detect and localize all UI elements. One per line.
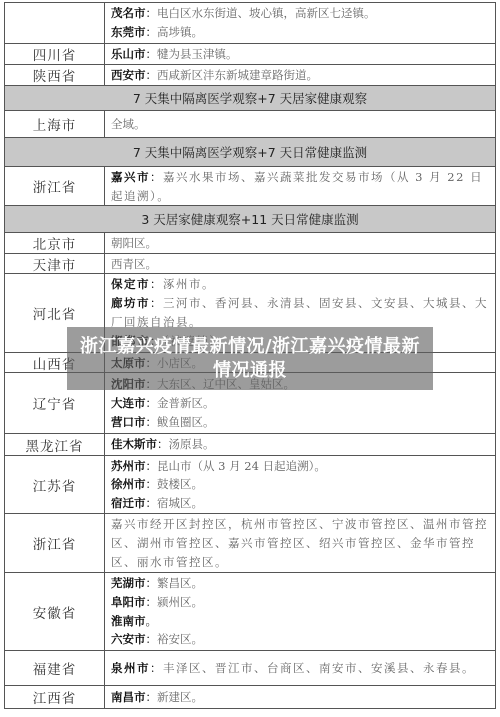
city-name: 廊坊市 bbox=[111, 296, 150, 310]
separator: ： bbox=[150, 277, 163, 291]
province-cell: 江苏省 bbox=[5, 456, 105, 513]
areas-cell: 嘉兴市：嘉兴水果市场、嘉兴蔬菜批发交易市场（从 3 月 22 日起追溯）。 bbox=[105, 167, 495, 205]
separator: ： bbox=[146, 415, 158, 429]
city-name: 大连市 bbox=[111, 396, 146, 410]
separator: ： bbox=[150, 661, 163, 675]
province-cell: 浙江省 bbox=[5, 167, 105, 205]
table-row: 江苏省苏州市：昆山市（从 3 月 24 日起追溯）。徐州市：鼓楼区。宿迁市：宿城… bbox=[5, 456, 495, 514]
city-name: 泉州市 bbox=[111, 661, 150, 675]
headline-overlay-banner: 浙江嘉兴疫情最新情况/浙江嘉兴疫情最新情况通报 bbox=[67, 327, 433, 390]
table-row: 北京市朝阳区。 bbox=[5, 233, 495, 254]
area-entry: 六安市：裕安区。 bbox=[111, 630, 491, 649]
area-entry: 阜阳市：颍州区。 bbox=[111, 593, 491, 612]
city-name: 西安市 bbox=[111, 68, 146, 82]
province-cell: 江西省 bbox=[5, 686, 105, 708]
province-cell: 浙江省 bbox=[5, 514, 105, 572]
separator: ： bbox=[150, 296, 163, 310]
province-cell: 黑龙江省 bbox=[5, 434, 105, 455]
city-name: 阜阳市 bbox=[111, 595, 146, 609]
province-cell: 四川省 bbox=[5, 44, 105, 64]
area-entry: 东莞市：高埗镇。 bbox=[111, 23, 491, 42]
area-text: 犍为县玉津镇。 bbox=[157, 47, 238, 61]
separator: ： bbox=[146, 576, 158, 590]
area-entry: 西安市：西咸新区沣东新城建章路街道。 bbox=[111, 66, 491, 84]
table-row: 黑龙江省佳木斯市：汤原县。 bbox=[5, 434, 495, 456]
separator: ： bbox=[146, 68, 158, 82]
areas-cell: 朝阳区。 bbox=[105, 233, 495, 253]
area-text: 嘉兴水果市场、嘉兴蔬菜批发交易市场（从 3 月 22 日起追溯）。 bbox=[111, 170, 483, 203]
area-text: 电白区水东街道、坡心镇，高新区七迳镇。 bbox=[157, 6, 376, 20]
areas-cell: 泉州市：丰泽区、晋江市、台商区、南安市、安溪县、永春县。 bbox=[105, 651, 495, 685]
area-text: 西咸新区沣东新城建章路街道。 bbox=[157, 68, 318, 82]
section-header: 3 天居家健康观察+11 天日常健康监测 bbox=[5, 206, 495, 233]
area-entry: 茂名市：电白区水东街道、坡心镇，高新区七迳镇。 bbox=[111, 4, 491, 23]
areas-cell: 芜湖市：繁昌区。阜阳市：颍州区。淮南市。六安市：裕安区。 bbox=[105, 573, 495, 650]
area-entry: 淮南市。 bbox=[111, 612, 491, 631]
area-text: 汤原县。 bbox=[169, 437, 215, 451]
province-cell: 上海市 bbox=[5, 111, 105, 137]
area-entry: 芜湖市：繁昌区。 bbox=[111, 574, 491, 593]
province-cell: 陕西省 bbox=[5, 65, 105, 85]
areas-cell: 西安市：西咸新区沣东新城建章路街道。 bbox=[105, 65, 495, 85]
separator: ： bbox=[146, 47, 158, 61]
separator: ： bbox=[146, 459, 158, 473]
area-entry: 苏州市：昆山市（从 3 月 24 日起追溯）。 bbox=[111, 457, 491, 475]
city-name: 保定市 bbox=[111, 277, 150, 291]
city-name: 南昌市 bbox=[111, 690, 146, 704]
city-name: 东莞市 bbox=[111, 25, 146, 39]
table-row: 四川省乐山市：犍为县玉津镇。 bbox=[5, 44, 495, 65]
area-text: 繁昌区。 bbox=[157, 576, 203, 590]
table-row: 天津市西青区。 bbox=[5, 254, 495, 274]
table-row: 陕西省西安市：西咸新区沣东新城建章路街道。 bbox=[5, 65, 495, 86]
area-text: 涿州市。 bbox=[163, 277, 215, 291]
areas-cell: 全域。 bbox=[105, 111, 495, 137]
areas-cell: 西青区。 bbox=[105, 254, 495, 273]
separator: ： bbox=[157, 437, 169, 451]
areas-cell: 南昌市：新建区。 bbox=[105, 686, 495, 708]
areas-cell: 乐山市：犍为县玉津镇。 bbox=[105, 44, 495, 64]
area-text: 金普新区。 bbox=[157, 396, 215, 410]
area-entry: 嘉兴市经开区封控区，杭州市管控区、宁波市管控区、温州市管控区、湖州市管控区、嘉兴… bbox=[111, 515, 491, 571]
area-entry: 泉州市：丰泽区、晋江市、台商区、南安市、安溪县、永春县。 bbox=[111, 659, 491, 678]
area-text: 颍州区。 bbox=[157, 595, 203, 609]
area-entry: 徐州市：鼓楼区。 bbox=[111, 475, 491, 493]
separator: ： bbox=[146, 6, 158, 20]
city-name: 宿迁市 bbox=[111, 496, 146, 510]
area-entry: 南昌市：新建区。 bbox=[111, 688, 491, 707]
separator: ： bbox=[146, 25, 158, 39]
area-text: 西青区。 bbox=[111, 257, 157, 271]
province-cell: 天津市 bbox=[5, 254, 105, 273]
area-text: 丰泽区、晋江市、台商区、南安市、安溪县、永春县。 bbox=[163, 661, 475, 675]
province-cell: 福建省 bbox=[5, 651, 105, 685]
area-entry: 佳木斯市：汤原县。 bbox=[111, 435, 491, 454]
separator: ： bbox=[146, 477, 158, 491]
province-cell bbox=[5, 3, 105, 43]
area-text: 鼓楼区。 bbox=[157, 477, 203, 491]
area-entry: 营口市：鲅鱼圈区。 bbox=[111, 413, 491, 432]
separator: ： bbox=[150, 170, 163, 184]
city-name: 六安市 bbox=[111, 632, 146, 646]
area-text: 全域。 bbox=[111, 117, 146, 131]
city-name: 徐州市 bbox=[111, 477, 146, 491]
province-cell: 安徽省 bbox=[5, 573, 105, 650]
area-text: 鲅鱼圈区。 bbox=[157, 415, 215, 429]
city-name: 嘉兴市 bbox=[111, 170, 150, 184]
area-text: 裕安区。 bbox=[157, 632, 203, 646]
city-name: 乐山市 bbox=[111, 47, 146, 61]
areas-cell: 茂名市：电白区水东街道、坡心镇，高新区七迳镇。东莞市：高埗镇。 bbox=[105, 3, 495, 43]
area-entry: 朝阳区。 bbox=[111, 234, 491, 252]
section-header: 7 天集中隔离医学观察+7 天居家健康观察 bbox=[5, 86, 495, 111]
area-entry: 保定市：涿州市。 bbox=[111, 275, 491, 294]
table-row: 江西省南昌市：新建区。 bbox=[5, 686, 495, 709]
table-row: 茂名市：电白区水东街道、坡心镇，高新区七迳镇。东莞市：高埗镇。 bbox=[5, 3, 495, 44]
area-text: 三河市、香河县、永清县、固安县、文安县、大城县、大厂回族自治县。 bbox=[111, 296, 488, 329]
separator: ： bbox=[146, 496, 158, 510]
table-row: 上海市全域。 bbox=[5, 111, 495, 138]
areas-cell: 苏州市：昆山市（从 3 月 24 日起追溯）。徐州市：鼓楼区。宿迁市：宿城区。 bbox=[105, 456, 495, 513]
table-row: 安徽省芜湖市：繁昌区。阜阳市：颍州区。淮南市。六安市：裕安区。 bbox=[5, 573, 495, 651]
city-name: 芜湖市 bbox=[111, 576, 146, 590]
separator: ： bbox=[146, 396, 158, 410]
table-row: 福建省泉州市：丰泽区、晋江市、台商区、南安市、安溪县、永春县。 bbox=[5, 651, 495, 686]
area-text: 朝阳区。 bbox=[111, 236, 157, 250]
table-row: 浙江省嘉兴市经开区封控区，杭州市管控区、宁波市管控区、温州市管控区、湖州市管控区… bbox=[5, 514, 495, 573]
area-text: 高埗镇。 bbox=[157, 25, 203, 39]
areas-cell: 佳木斯市：汤原县。 bbox=[105, 434, 495, 455]
city-name: 营口市 bbox=[111, 415, 146, 429]
area-text: 宿城区。 bbox=[157, 496, 203, 510]
area-text: 昆山市（从 3 月 24 日起追溯）。 bbox=[157, 459, 326, 473]
area-entry: 西青区。 bbox=[111, 255, 491, 272]
area-text: 新建区。 bbox=[157, 690, 203, 704]
table-row: 浙江省嘉兴市：嘉兴水果市场、嘉兴蔬菜批发交易市场（从 3 月 22 日起追溯）。 bbox=[5, 167, 495, 206]
city-name: 淮南市 bbox=[111, 614, 146, 628]
area-entry: 嘉兴市：嘉兴水果市场、嘉兴蔬菜批发交易市场（从 3 月 22 日起追溯）。 bbox=[111, 168, 491, 204]
area-text: 嘉兴市经开区封控区，杭州市管控区、宁波市管控区、温州市管控区、湖州市管控区、嘉兴… bbox=[111, 517, 488, 569]
area-entry: 全域。 bbox=[111, 115, 491, 134]
city-name: 苏州市 bbox=[111, 459, 146, 473]
section-header: 7 天集中隔离医学观察+7 天日常健康监测 bbox=[5, 138, 495, 167]
city-name: 佳木斯市 bbox=[111, 437, 157, 451]
area-entry: 大连市：金普新区。 bbox=[111, 394, 491, 413]
city-name: 茂名市 bbox=[111, 6, 146, 20]
area-entry: 乐山市：犍为县玉津镇。 bbox=[111, 45, 491, 63]
areas-cell: 嘉兴市经开区封控区，杭州市管控区、宁波市管控区、温州市管控区、湖州市管控区、嘉兴… bbox=[105, 514, 495, 572]
separator: ： bbox=[146, 595, 158, 609]
headline-title: 浙江嘉兴疫情最新情况/浙江嘉兴疫情最新情况通报 bbox=[67, 335, 433, 383]
area-entry: 宿迁市：宿城区。 bbox=[111, 494, 491, 512]
province-cell: 北京市 bbox=[5, 233, 105, 253]
separator: ： bbox=[146, 690, 158, 704]
separator: 。 bbox=[146, 614, 158, 628]
separator: ： bbox=[146, 632, 158, 646]
